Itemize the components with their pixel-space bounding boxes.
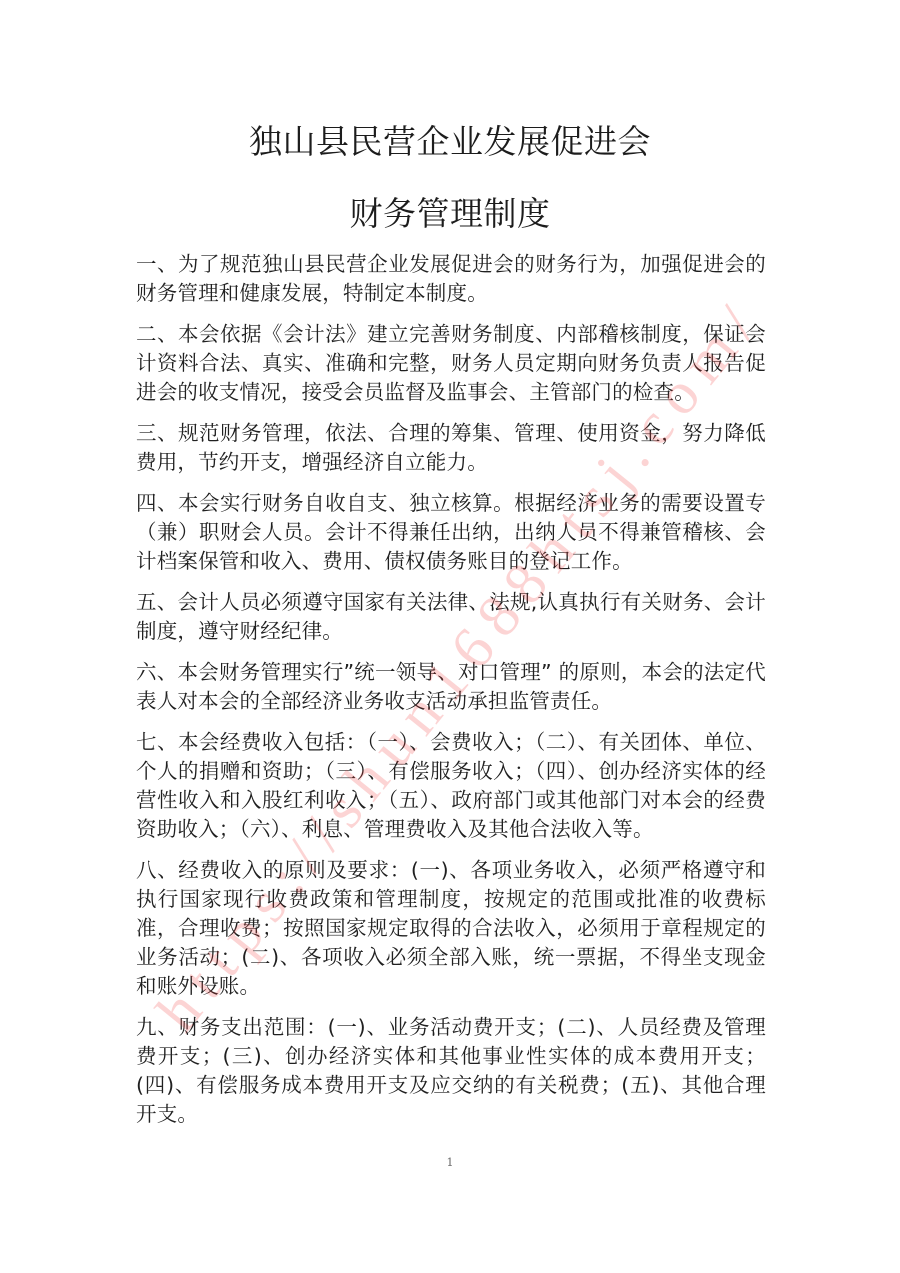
paragraph-1: 一、为了规范独山县民营企业发展促进会的财务行为，加强促进会的财务管理和健康发展，…	[136, 250, 766, 308]
document-page: 独山县民营企业发展促进会 财务管理制度 一、为了规范独山县民营企业发展促进会的财…	[0, 0, 900, 1273]
paragraph-4: 四、本会实行财务自收自支、独立核算。根据经济业务的需要设置专（兼）职财会人员。会…	[136, 489, 766, 576]
paragraph-7: 七、本会经费收入包括：（一）、会费收入；（二）、有关团体、单位、个人的捐赠和资助…	[136, 728, 766, 844]
paragraph-9: 九、财务支出范围：(一)、业务活动费开支；(二)、人员经费及管理费开支；(三)、…	[136, 1013, 766, 1129]
paragraph-5: 五、会计人员必须遵守国家有关法律、法规,认真执行有关财务、会计制度，遵守财经纪律…	[136, 588, 766, 646]
document-body: 一、为了规范独山县民营企业发展促进会的财务行为，加强促进会的财务管理和健康发展，…	[136, 250, 766, 1141]
paragraph-2: 二、本会依据《会计法》建立完善财务制度、内部稽核制度，保证会计资料合法、真实、准…	[136, 320, 766, 407]
page-number: 1	[0, 1156, 900, 1169]
paragraph-8: 八、经费收入的原则及要求：(一)、各项业务收入，必须严格遵守和执行国家现行收费政…	[136, 856, 766, 1001]
paragraph-6: 六、本会财务管理实行”统一领导、对口管理” 的原则，本会的法定代表人对本会的全部…	[136, 658, 766, 716]
document-subtitle: 财务管理制度	[0, 188, 900, 235]
paragraph-3: 三、规范财务管理，依法、合理的筹集、管理、使用资金，努力降低费用，节约开支，增强…	[136, 419, 766, 477]
document-title: 独山县民营企业发展促进会	[0, 116, 900, 163]
